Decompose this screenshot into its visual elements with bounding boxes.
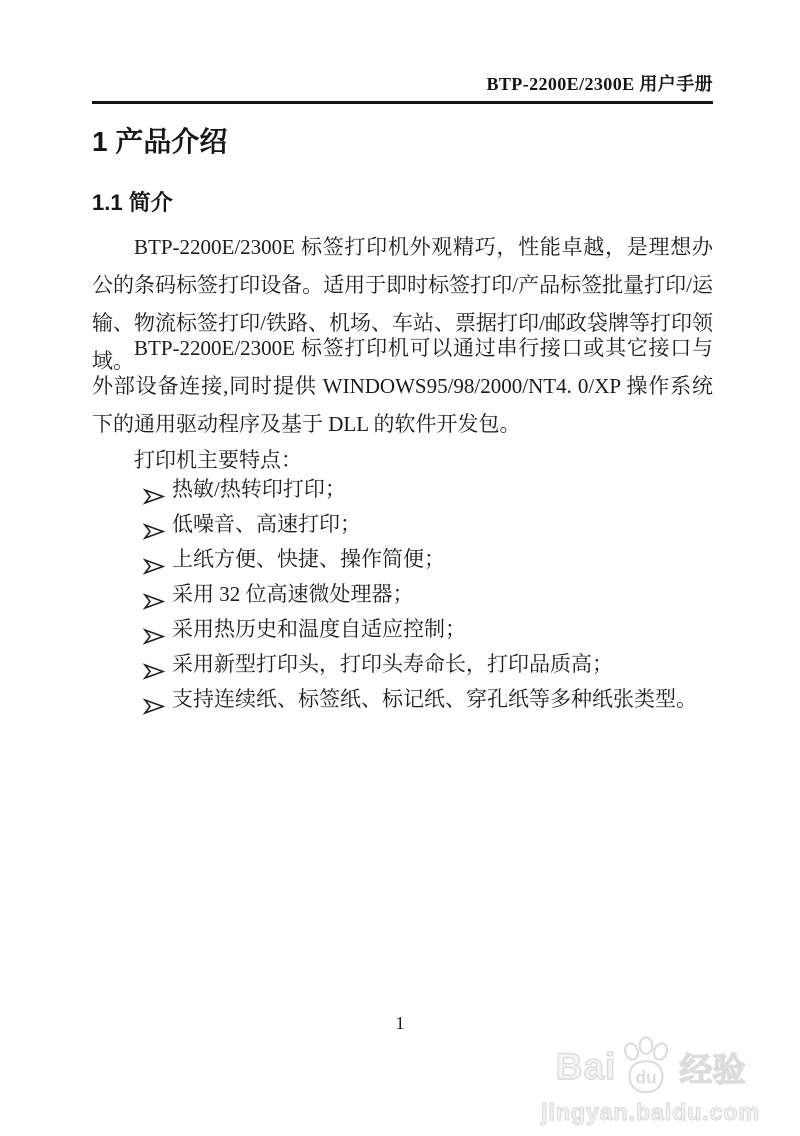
arrow-bullet-icon	[143, 516, 165, 533]
section-title: 1.1 简介	[92, 186, 173, 217]
feature-text: 支持连续纸、标签纸、标记纸、穿孔纸等多种纸张类型。	[172, 687, 697, 711]
feature-item: 采用新型打印头，打印头寿命长，打印品质高；	[92, 647, 713, 682]
watermark-brand-left: Bai	[556, 1046, 617, 1088]
feature-item: 上纸方便、快捷、操作简便；	[92, 542, 713, 577]
feature-text: 采用热历史和温度自适应控制；	[172, 617, 466, 641]
feature-item: 采用 32 位高速微处理器；	[92, 577, 713, 612]
arrow-bullet-icon	[143, 656, 165, 673]
paw-icon: du	[617, 1036, 675, 1096]
feature-item: 采用热历史和温度自适应控制；	[92, 612, 713, 647]
feature-item: 支持连续纸、标签纸、标记纸、穿孔纸等多种纸张类型。	[92, 682, 713, 717]
watermark-url: jingyan.baidu.com	[541, 1099, 760, 1126]
arrow-bullet-icon	[143, 621, 165, 638]
feature-list: 热敏/热转印打印； 低噪音、高速打印； 上纸方便、快捷、操作简便； 采用 32 …	[92, 472, 713, 717]
feature-text: 采用 32 位高速微处理器；	[172, 582, 414, 606]
feature-item: 热敏/热转印打印；	[92, 472, 713, 507]
watermark-brand-suffix: 经验	[679, 1044, 745, 1091]
feature-text: 上纸方便、快捷、操作简便；	[172, 547, 445, 571]
chapter-title: 1 产品介绍	[92, 120, 227, 160]
manual-page: BTP-2200E/2300E 用户手册 1 产品介绍 1.1 简介 BTP-2…	[0, 0, 800, 1136]
baidu-jingyan-watermark: Bai du 经验 jingyan.baidu.com	[541, 1036, 760, 1126]
document-header: BTP-2200E/2300E 用户手册	[486, 70, 713, 96]
paragraph-interfaces: BTP-2200E/2300E 标签打印机可以通过串行接口或其它接口与外部设备连…	[92, 329, 713, 443]
arrow-bullet-icon	[143, 551, 165, 568]
arrow-bullet-icon	[143, 691, 165, 708]
watermark-brand-mid: du	[636, 1067, 657, 1087]
feature-item: 低噪音、高速打印；	[92, 507, 713, 542]
header-divider	[92, 101, 713, 104]
watermark-logo-row: Bai du 经验	[541, 1036, 760, 1098]
page-number: 1	[0, 1013, 800, 1034]
feature-text: 采用新型打印头，打印头寿命长，打印品质高；	[172, 652, 613, 676]
arrow-bullet-icon	[143, 586, 165, 603]
feature-text: 热敏/热转印打印；	[172, 477, 346, 501]
feature-text: 低噪音、高速打印；	[172, 512, 361, 536]
arrow-bullet-icon	[143, 481, 165, 498]
